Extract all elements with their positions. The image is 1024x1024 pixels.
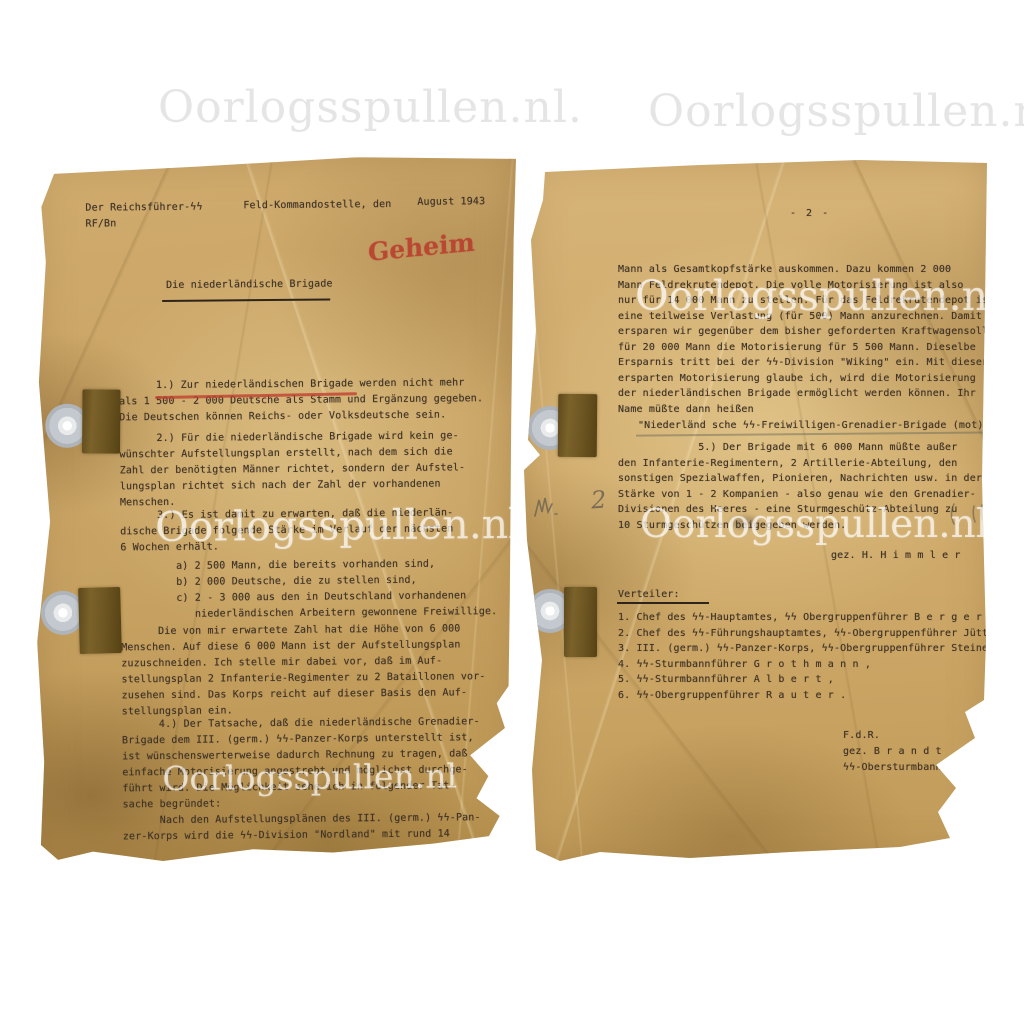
document-page-1: Der Reichsführer-ϟϟ RF/Bn Feld-Kommandos… (27, 148, 523, 867)
page-number: - 2 - (790, 206, 830, 222)
tape-strip (78, 587, 122, 654)
verteiler-underline (617, 602, 709, 604)
sender-line: Der Reichsführer-ϟϟ (85, 200, 202, 217)
paragraph-2: 2.) Für die niederländische Brigade wird… (119, 428, 465, 511)
verteiler-list: 1. Chef des ϟϟ-Hauptamtes, ϟϟ Obergruppe… (618, 610, 1007, 703)
tape-strip (82, 389, 121, 453)
watermark-faint-right: Oorlogsspullen.nl. (648, 86, 1024, 137)
reference-line: RF/Bn (85, 216, 116, 232)
pencil-squiggle (532, 494, 564, 522)
watermark-faint-left: Oorlogsspullen.nl. (158, 82, 583, 133)
watermark: Oorlogsspullen.nl (635, 272, 1001, 320)
geheim-stamp: Geheim (368, 228, 476, 267)
title-underline (162, 299, 330, 302)
document-title: Die niederländische Brigade (166, 276, 333, 293)
tape-strip (558, 394, 598, 457)
tape-strip (564, 587, 597, 657)
paragraph-1: 1.) Zur niederländischen Brigade werden … (119, 375, 483, 426)
place-date-line: Feld-Kommandostelle, den (243, 197, 391, 214)
himmler-signature: gez. H. H i m m l e r (831, 548, 961, 564)
verteiler-heading: Verteiler: (618, 587, 680, 603)
watermark: Oorlogsspullen.nl (640, 502, 988, 547)
photo-of-documents: Oorlogsspullen.nl. Oorlogsspullen.nl. De… (0, 0, 1024, 1024)
paragraph-4: Die von mir erwartete Zahl hat die Höhe … (121, 621, 486, 720)
fdr-signature-block: F.d.R. gez. B r a n d t ϟϟ-Obersturmbann… (843, 728, 979, 776)
watermark: Oorlogsspullen.nl (162, 756, 457, 798)
watermark: Oorlogsspullen.nl (155, 500, 522, 551)
date-line: August 1943 (417, 194, 485, 211)
strength-list: a) 2 500 Mann, die bereits vorhanden sin… (120, 556, 497, 623)
paragraph-6: Nach den Aufstellungsplänen des III. (ge… (123, 810, 481, 845)
pencil-number: 2 (590, 486, 607, 515)
document-page-2: - 2 - Mann als Gesamtkopfstärke auskomme… (518, 150, 996, 865)
